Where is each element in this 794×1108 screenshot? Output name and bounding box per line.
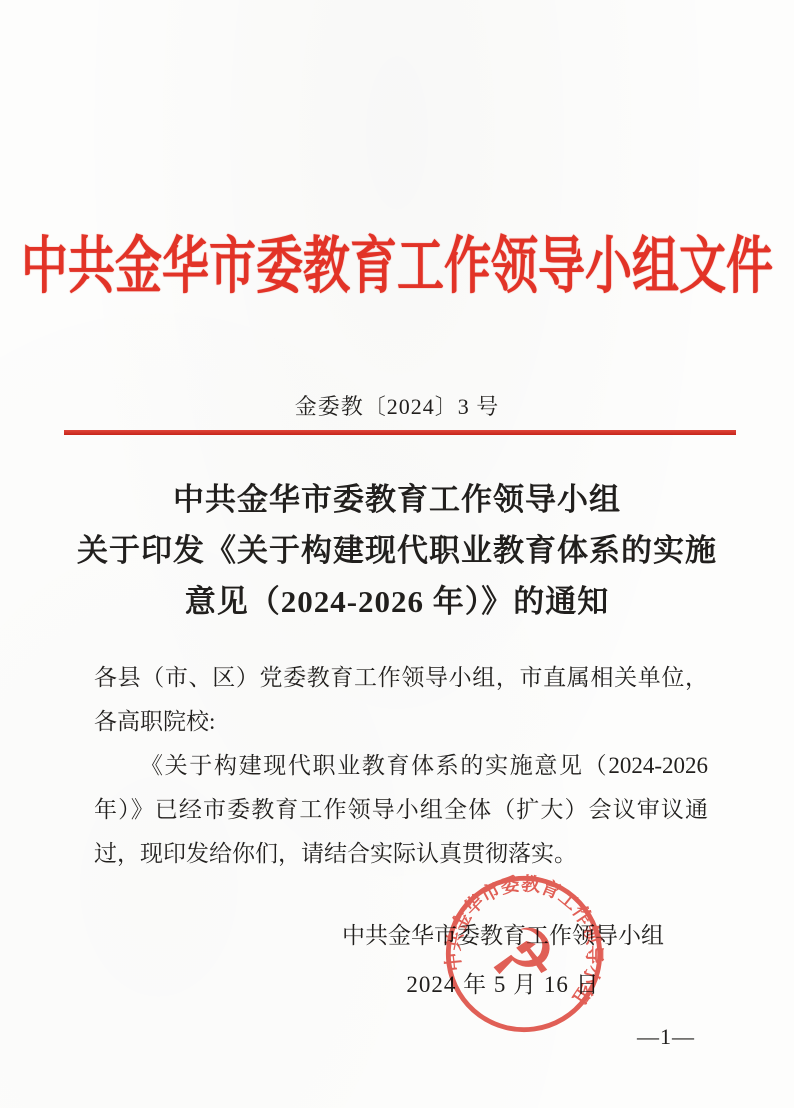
document-title: 中共金华市委教育工作领导小组 关于印发《关于构建现代职业教育体系的实施 意见（2… — [40, 474, 754, 627]
signature-date: 2024 年 5 月 16 日 — [342, 970, 664, 1000]
salutation-paragraph: 各县（市、区）党委教育工作领导小组，市直属相关单位，各高职院校: — [94, 656, 708, 744]
document-number: 金委教〔2024〕3 号 — [0, 390, 794, 421]
body-paragraph: 《关于构建现代职业教育体系的实施意见（2024-2026 年）》已经市委教育工作… — [94, 744, 708, 876]
red-divider-rule — [64, 430, 736, 435]
masthead-title: 中共金华市委教育工作领导小组文件 — [21, 226, 773, 308]
signature-organization: 中共金华市委教育工作领导小组 — [342, 921, 664, 951]
document-title-line1: 中共金华市委教育工作领导小组 — [40, 474, 754, 525]
document-title-line2: 关于印发《关于构建现代职业教育体系的实施 — [40, 525, 754, 576]
document-title-line3: 意见（2024-2026 年）》的通知 — [40, 576, 754, 627]
signature-block: 中共金华市委教育工作领导小组 2024 年 5 月 16 日 — [342, 921, 664, 1000]
document-page: 中共金华市委教育工作领导小组文件 金委教〔2024〕3 号 中共金华市委教育工作… — [0, 0, 794, 1108]
body-text: 各县（市、区）党委教育工作领导小组，市直属相关单位，各高职院校: 《关于构建现代… — [94, 656, 708, 876]
masthead: 中共金华市委教育工作领导小组文件 — [0, 236, 794, 298]
page-number: —1— — [618, 1024, 714, 1050]
